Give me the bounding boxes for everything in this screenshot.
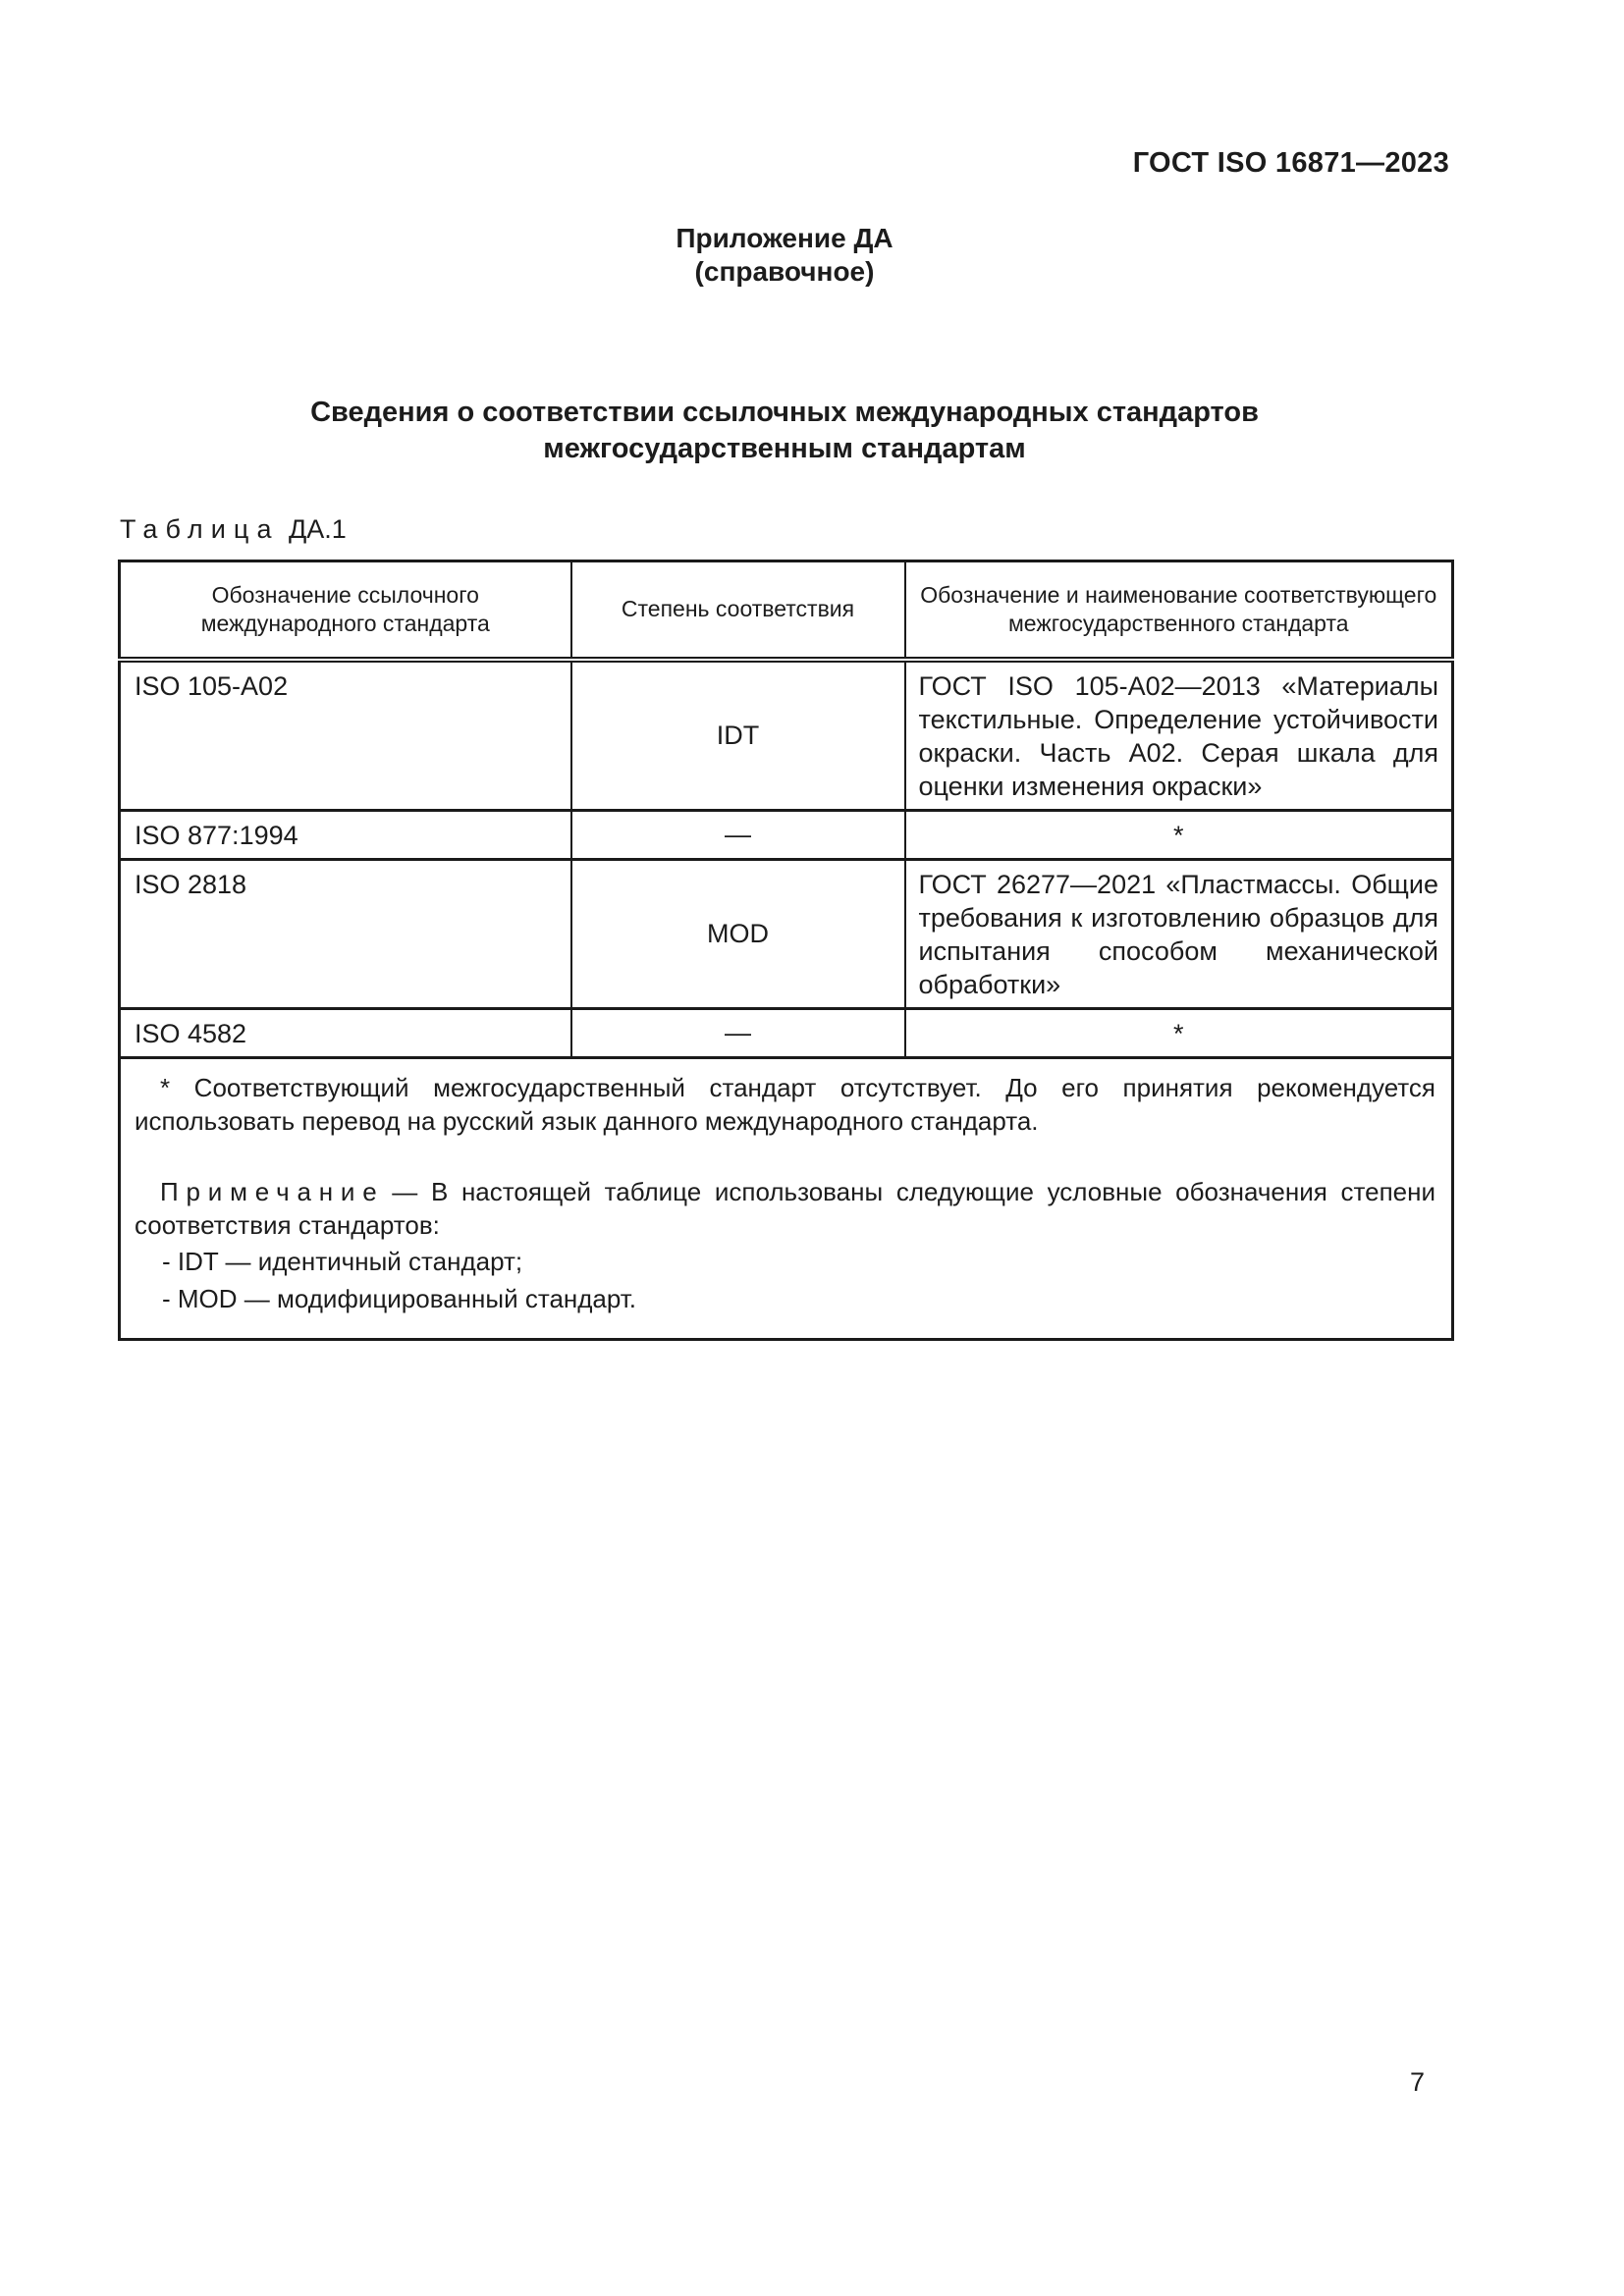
table-footnote: * Соответствующий межгосударственный ста… [135, 1071, 1435, 1138]
cell-reference: ISO 4582 [120, 1008, 571, 1057]
cell-matching-standard: * [905, 810, 1453, 859]
section-title: Сведения о соответствии ссылочных междун… [118, 395, 1451, 467]
cell-reference: ISO 2818 [120, 859, 571, 1008]
page-number: 7 [1410, 2067, 1425, 2098]
cell-matching-standard: ГОСТ 26277—2021 «Пластмассы. Общие требо… [905, 859, 1453, 1008]
appendix-type: (справочное) [118, 255, 1451, 289]
cell-degree: MOD [571, 859, 905, 1008]
appendix-label: Приложение ДА [118, 222, 1451, 255]
table-caption-word: Таблица [120, 514, 280, 544]
col-header-degree: Степень соответствия [571, 561, 905, 660]
note-item-idt: - IDT — идентичный стандарт; [135, 1245, 1435, 1279]
col-header-reference-standard: Обозначение ссылочного международного ст… [120, 561, 571, 660]
correspondence-table: Обозначение ссылочного международного ст… [118, 560, 1454, 1341]
document-header: ГОСТ ISO 16871—2023 [1133, 147, 1449, 180]
cell-reference: ISO 105-A02 [120, 660, 571, 811]
cell-degree: IDT [571, 660, 905, 811]
table-row-iso-2818: ISO 2818 MOD ГОСТ 26277—2021 «Пластмассы… [120, 859, 1453, 1008]
footnote-cell: * Соответствующий межгосударственный ста… [120, 1057, 1453, 1339]
cell-degree: — [571, 810, 905, 859]
col-header-matching-standard: Обозначение и наименование соответствующ… [905, 561, 1453, 660]
table-note: Примечание— В настоящей таблице использо… [135, 1175, 1435, 1242]
table-row-iso-4582: ISO 4582 — * [120, 1008, 1453, 1057]
note-item-mod: - MOD — модифицированный стандарт. [135, 1282, 1435, 1316]
note-label: Примечание [160, 1177, 385, 1206]
document-page: ГОСТ ISO 16871—2023 Приложение ДА (справ… [0, 0, 1624, 2296]
table-caption: ТаблицаДА.1 [120, 514, 347, 545]
cell-matching-standard: ГОСТ ISO 105-А02—2013 «Материалы текстил… [905, 660, 1453, 811]
section-title-line2: межгосударственным стандартам [118, 431, 1451, 467]
section-title-line1: Сведения о соответствии ссылочных междун… [118, 395, 1451, 431]
table-header-row: Обозначение ссылочного международного ст… [120, 561, 1453, 660]
cell-degree: — [571, 1008, 905, 1057]
appendix-heading: Приложение ДА (справочное) [118, 222, 1451, 289]
cell-matching-standard: * [905, 1008, 1453, 1057]
cell-reference: ISO 877:1994 [120, 810, 571, 859]
table-caption-number: ДА.1 [289, 514, 347, 544]
table-footnote-row: * Соответствующий межгосударственный ста… [120, 1057, 1453, 1339]
table-row-iso-877: ISO 877:1994 — * [120, 810, 1453, 859]
table-row-iso-105-a02: ISO 105-A02 IDT ГОСТ ISO 105-А02—2013 «М… [120, 660, 1453, 811]
